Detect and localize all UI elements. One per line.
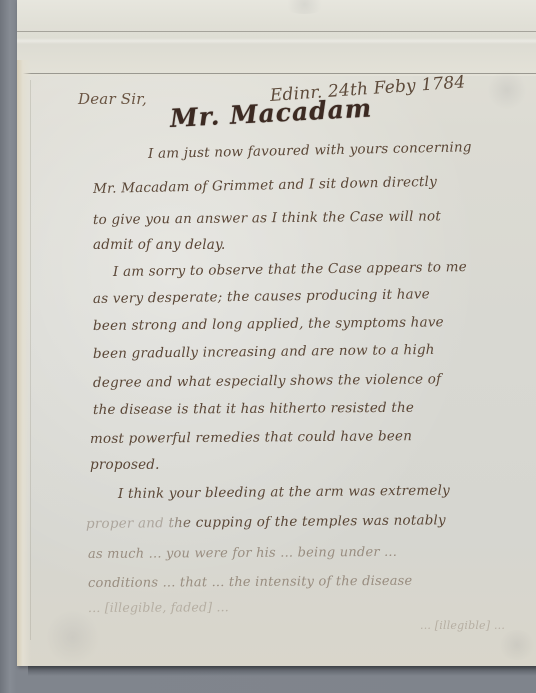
sheet-shadow	[28, 666, 536, 676]
manuscript-line: as much ... you were for his ... being u…	[88, 546, 397, 561]
fold-highlight	[17, 38, 536, 44]
manuscript-line: ... [illegible] ...	[420, 620, 505, 631]
manuscript-line: the disease is that it has hitherto resi…	[93, 402, 414, 418]
manuscript-line: conditions ... that ... the intensity of…	[88, 575, 413, 590]
margin-fold	[30, 80, 31, 640]
sheet-edge	[17, 60, 31, 666]
manuscript-line: admit of any delay.	[93, 239, 226, 253]
manuscript-line: proposed.	[90, 459, 160, 473]
paper-stain	[487, 70, 527, 110]
paper-stain	[45, 610, 100, 665]
manuscript-line: ... [illegible, faded] ...	[88, 601, 229, 614]
manuscript-line: most powerful remedies that could have b…	[90, 430, 412, 446]
paper-stain	[497, 630, 536, 660]
manuscript-line: I think your bleeding at the arm was ext…	[118, 485, 450, 502]
fold-crease	[17, 31, 536, 32]
salutation: Dear Sir,	[78, 90, 147, 108]
